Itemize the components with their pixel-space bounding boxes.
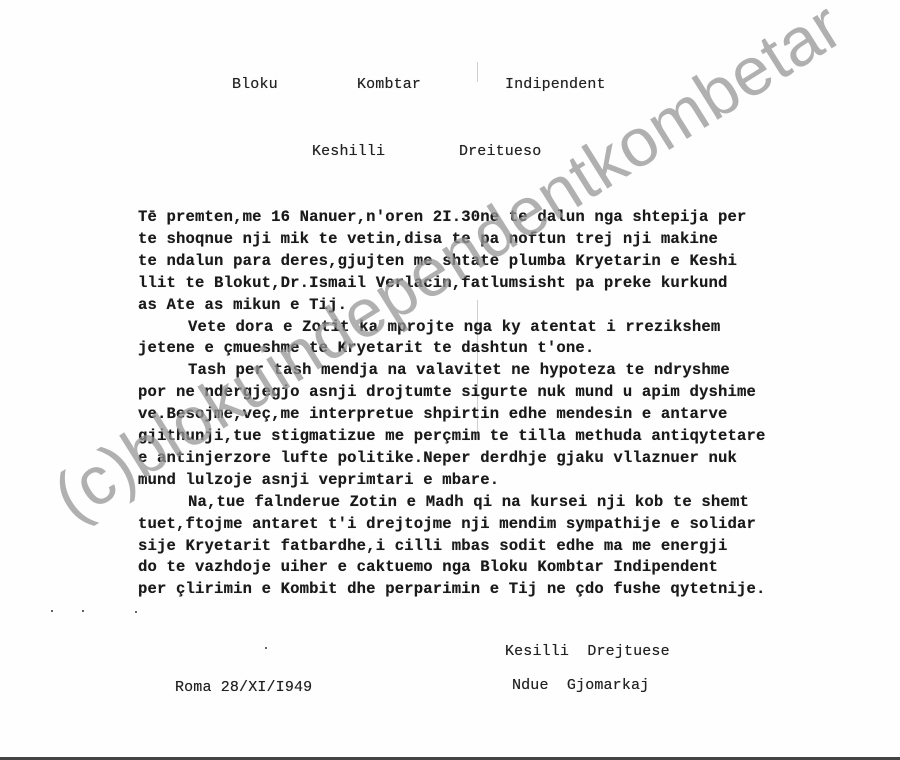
- body-line: Tē premten,me 16 Nanuer,n'oren 2I.30ne t…: [138, 208, 747, 226]
- body-line: sije Kryetarit fatbardhe,i cilli mbas so…: [138, 537, 727, 555]
- scanned-document-page: Bloku Kombtar Indipendent Keshilli Dreit…: [0, 0, 900, 757]
- ink-speck: [265, 647, 267, 649]
- body-line: per çlirimin e Kombit dhe perparimin e T…: [138, 580, 766, 598]
- place-and-date: Roma 28/XI/I949: [175, 679, 312, 696]
- body-line: Vete dora e Zotit ka mprojte nga ky aten…: [188, 318, 720, 336]
- body-line: do te vazhdoje uiher e caktuemo nga Blok…: [138, 558, 718, 576]
- header-word-indipendent: Indipendent: [505, 76, 606, 93]
- body-line: mund lulzoje asnji veprimtari e mbare.: [138, 471, 499, 489]
- body-line: gjithunji,tue stigmatizue me perçmim te …: [138, 427, 766, 445]
- body-line: jetene e çmueshme te Kryetarit te dashtu…: [138, 339, 594, 357]
- subheader-word-keshilli: Keshilli: [312, 143, 385, 160]
- body-line: e antinjerzore lufte politike.Neper derd…: [138, 449, 737, 467]
- signature-name: Ndue Gjomarkaj: [512, 677, 649, 694]
- body-line: Tash per tash mendja na valavitet ne hyp…: [188, 361, 730, 379]
- body-line: Na,tue falnderue Zotin e Madh qi na kurs…: [188, 493, 749, 511]
- subheader-word-drejtuese: Dreitueso: [459, 143, 541, 160]
- ink-speck: [51, 610, 53, 612]
- ink-speck: [135, 611, 137, 613]
- paper-fold-mark: [477, 62, 478, 82]
- body-line: llit te Blokut,Dr.Ismail Verlacin,fatlum…: [138, 274, 727, 292]
- body-line: por ne ndergjegjo asnji drojtumte sigurt…: [138, 383, 756, 401]
- header-word-kombtar: Kombtar: [357, 76, 421, 93]
- signature-council: Kesilli Drejtuese: [505, 643, 670, 660]
- body-line: as Ate as mikun e Tij.: [138, 296, 347, 314]
- header-word-bloku: Bloku: [232, 76, 278, 93]
- body-line: te ndalun para deres,gjujten me shtate p…: [138, 252, 737, 270]
- ink-speck: [82, 610, 84, 612]
- body-line: te shoqnue nji mik te vetin,disa te pa n…: [138, 230, 718, 248]
- body-line: ve.Besojme,veç,me interpretue shpirtin e…: [138, 405, 727, 423]
- body-line: tuet,ftojme antaret t'i drejtojme nji me…: [138, 515, 756, 533]
